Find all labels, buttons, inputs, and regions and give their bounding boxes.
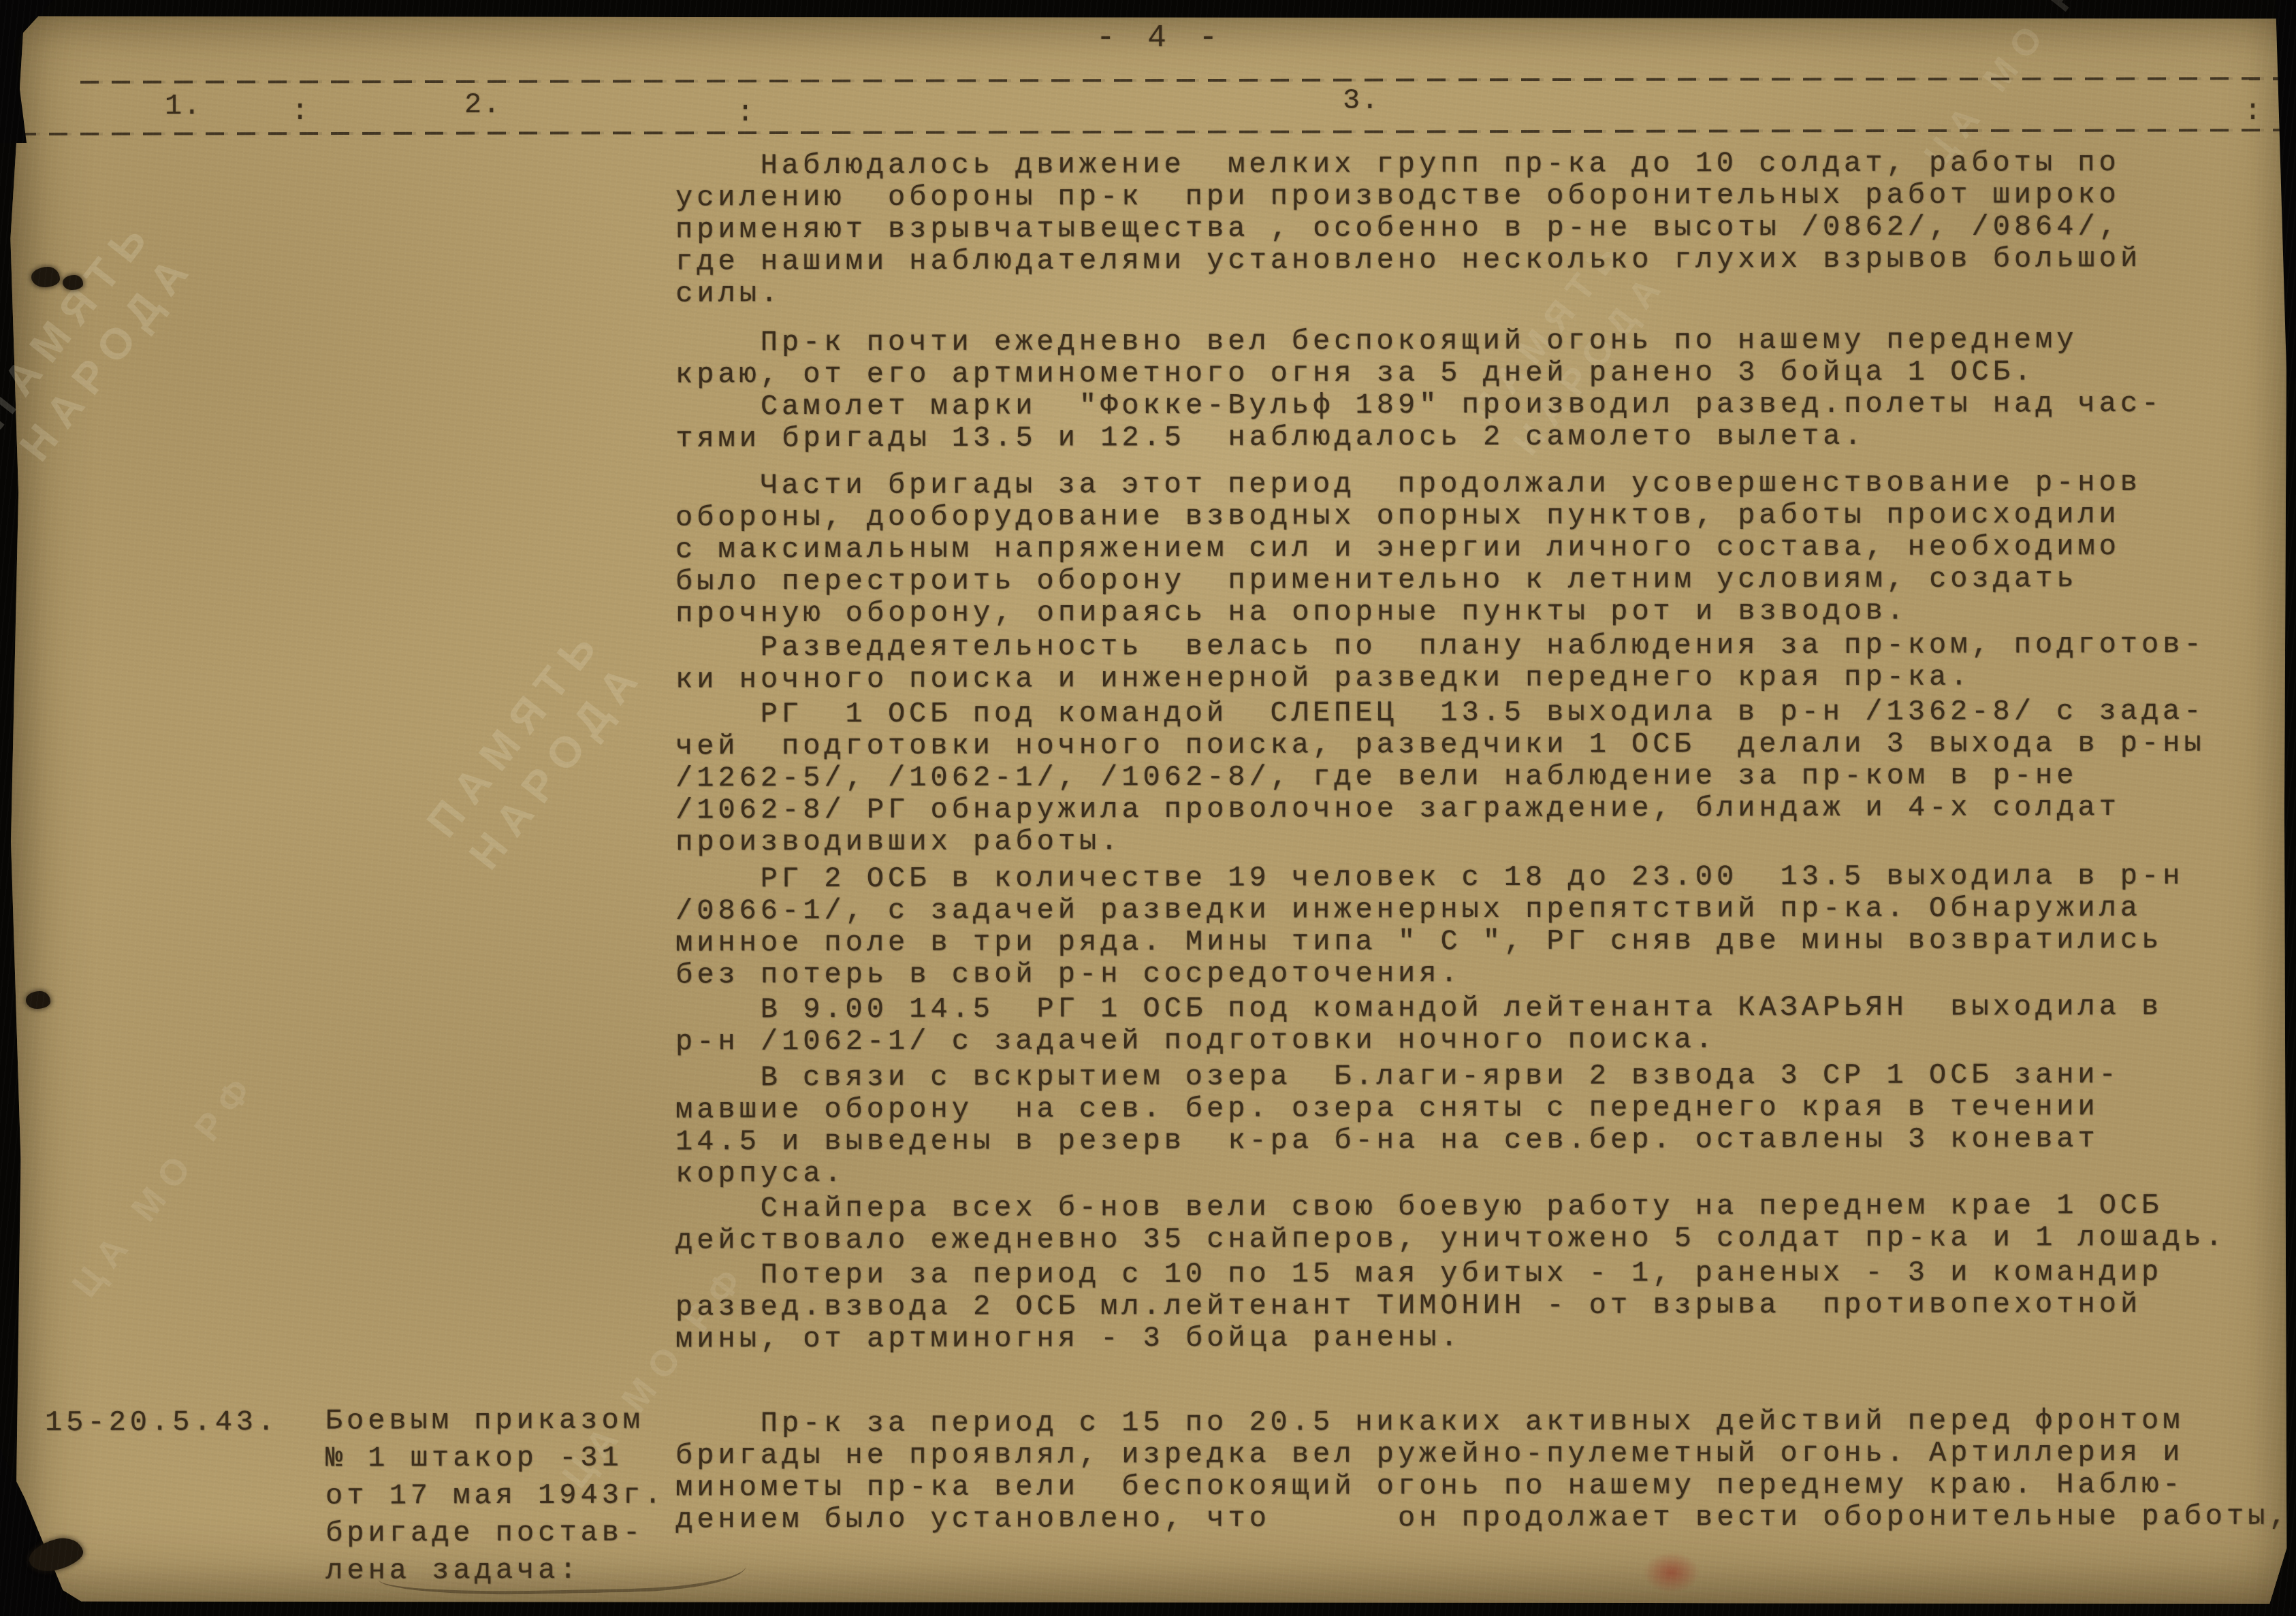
typed-paragraph: РГ 1 ОСБ под командой СЛЕПЕЦ 13.5 выходи… xyxy=(675,695,2296,858)
typed-paragraph: Пр-к за период с 15 по 20.5 никаких акти… xyxy=(675,1404,2296,1536)
typed-paragraph: Пр-к почти ежедневно вел беспокоящий ого… xyxy=(675,323,2296,455)
punch-hole xyxy=(26,991,50,1009)
column-header-3: 3. xyxy=(1343,84,1380,117)
column-header-2: 2. xyxy=(464,88,501,121)
typed-paragraph: В 9.00 14.5 РГ 1 ОСБ под командой лейтен… xyxy=(675,990,2296,1058)
page-number: - 4 - xyxy=(1096,20,1224,56)
typed-paragraph: Наблюдалось движение мелких групп пр-ка … xyxy=(675,146,2296,310)
typed-paragraph: В связи с вскрытием озера Б.лаги-ярви 2 … xyxy=(675,1059,2296,1190)
column-header-1: 1. xyxy=(165,90,202,123)
typed-paragraph: Потери за период с 10 по 15 мая убитых -… xyxy=(675,1256,2296,1355)
typed-paragraph: Части бригады за этот период продолжали … xyxy=(675,466,2296,630)
typed-paragraph: Снайпера всех б-нов вели свою боевую раб… xyxy=(675,1189,2296,1257)
red-ink-smudge xyxy=(1634,1545,1709,1600)
column-separator: : xyxy=(2244,95,2263,128)
column-separator: : xyxy=(737,97,755,129)
column-separator: : xyxy=(291,95,310,128)
order-note: Боевым приказом № 1 штакор -31 от 17 мая… xyxy=(325,1402,707,1589)
scanned-document-page: ПАМЯТЬ НАРОДА ПАМЯТЬ НАРОДА ЦА МО РФ ЦА … xyxy=(0,0,2296,1616)
typed-paragraph: Разведдеятельность велась по плану наблю… xyxy=(675,628,2296,696)
punch-hole xyxy=(31,267,60,287)
typed-paragraph: РГ 2 ОСБ в количестве 19 человек с 18 до… xyxy=(675,860,2296,991)
punch-hole xyxy=(63,275,83,290)
